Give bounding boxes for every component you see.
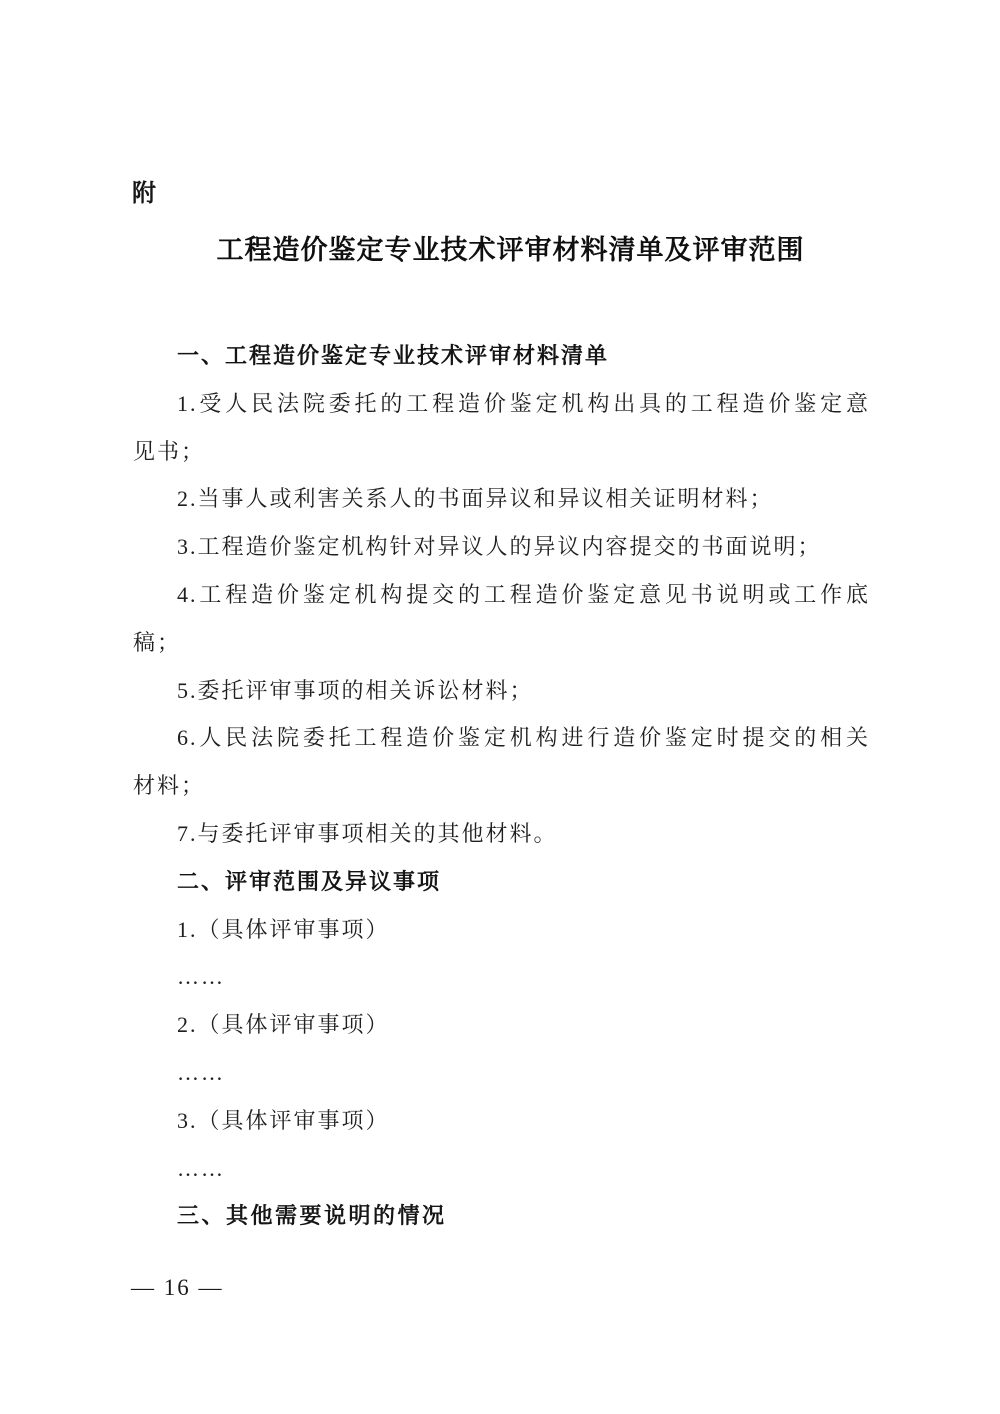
document-line: 7.与委托评审事项相关的其他材料。 <box>133 810 870 858</box>
document-page: 附 工程造价鉴定专业技术评审材料清单及评审范围 一、工程造价鉴定专业技术评审材料… <box>0 0 1000 1414</box>
document-line: 4.工程造价鉴定机构提交的工程造价鉴定意见书说明或工作底 <box>133 571 870 619</box>
document-title: 工程造价鉴定专业技术评审材料清单及评审范围 <box>142 230 879 270</box>
document-line: 1.（具体评审事项） <box>133 906 870 954</box>
document-line: 三、其他需要说明的情况 <box>133 1192 870 1240</box>
document-line: 3.工程造价鉴定机构针对异议人的异议内容提交的书面说明； <box>133 523 870 571</box>
document-line: …… <box>133 1145 870 1193</box>
document-line: 2.当事人或利害关系人的书面异议和异议相关证明材料； <box>133 475 870 523</box>
document-line: 材料； <box>133 762 870 810</box>
document-line: 稿； <box>133 619 870 667</box>
document-line: 见书； <box>133 428 870 476</box>
document-line: 2.（具体评审事项） <box>133 1001 870 1049</box>
page-number-footer: — 16 — <box>131 1264 224 1312</box>
document-line: 1.受人民法院委托的工程造价鉴定机构出具的工程造价鉴定意 <box>133 380 870 428</box>
document-line: 5.委托评审事项的相关诉讼材料； <box>133 667 870 715</box>
document-line: 3.（具体评审事项） <box>133 1097 870 1145</box>
document-line: 6.人民法院委托工程造价鉴定机构进行造价鉴定时提交的相关 <box>133 714 870 762</box>
document-line: …… <box>133 953 870 1001</box>
document-body: 一、工程造价鉴定专业技术评审材料清单1.受人民法院委托的工程造价鉴定机构出具的工… <box>133 332 870 1240</box>
document-line: 二、评审范围及异议事项 <box>133 858 870 906</box>
attachment-label: 附 <box>132 176 156 212</box>
document-line: 一、工程造价鉴定专业技术评审材料清单 <box>133 332 870 380</box>
document-line: …… <box>133 1049 870 1097</box>
